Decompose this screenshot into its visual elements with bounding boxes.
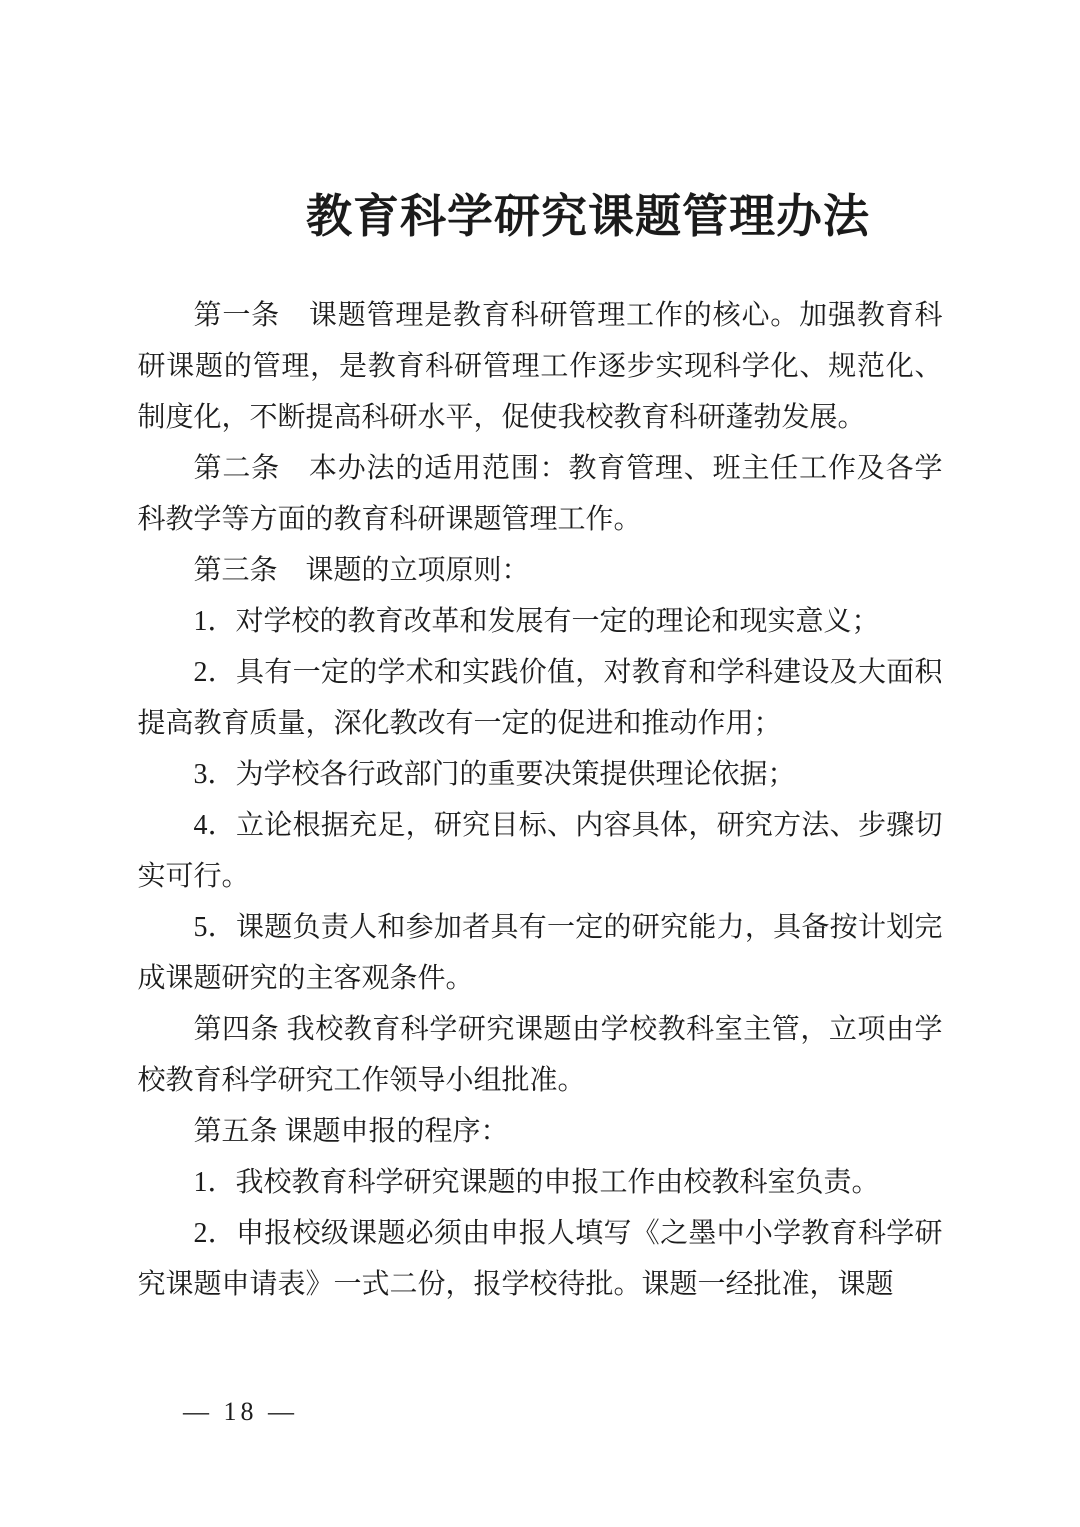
paragraph-item-5-1: 1．我校教育科学研究课题的申报工作由校教科室负责。: [138, 1157, 943, 1208]
paragraph-article-1: 第一条 课题管理是教育科研管理工作的核心。加强教育科研课题的管理，是教育科研管理…: [138, 290, 943, 443]
page-number: — 18 —: [183, 1396, 298, 1428]
paragraph-article-3: 第三条 课题的立项原则：: [138, 545, 943, 596]
document-title: 教育科学研究课题管理办法: [48, 188, 1080, 246]
document-body: 第一条 课题管理是教育科研管理工作的核心。加强教育科研课题的管理，是教育科研管理…: [138, 290, 943, 1310]
paragraph-item-5: 5．课题负责人和参加者具有一定的研究能力，具备按计划完成课题研究的主客观条件。: [138, 902, 943, 1004]
paragraph-item-1: 1．对学校的教育改革和发展有一定的理论和现实意义；: [138, 596, 943, 647]
paragraph-item-4: 4．立论根据充足，研究目标、内容具体，研究方法、步骤切实可行。: [138, 800, 943, 902]
paragraph-item-5-2: 2．申报校级课题必须由申报人填写《之墨中小学教育科学研究课题申请表》一式二份，报…: [138, 1208, 943, 1310]
paragraph-article-4: 第四条 我校教育科学研究课题由学校教科室主管，立项由学校教育科学研究工作领导小组…: [138, 1004, 943, 1106]
paragraph-article-2: 第二条 本办法的适用范围：教育管理、班主任工作及各学科教学等方面的教育科研课题管…: [138, 443, 943, 545]
document-page: 教育科学研究课题管理办法 第一条 课题管理是教育科研管理工作的核心。加强教育科研…: [0, 0, 1080, 1527]
paragraph-item-3: 3．为学校各行政部门的重要决策提供理论依据；: [138, 749, 943, 800]
paragraph-item-2: 2．具有一定的学术和实践价值，对教育和学科建设及大面积提高教育质量，深化教改有一…: [138, 647, 943, 749]
paragraph-article-5: 第五条 课题申报的程序：: [138, 1106, 943, 1157]
